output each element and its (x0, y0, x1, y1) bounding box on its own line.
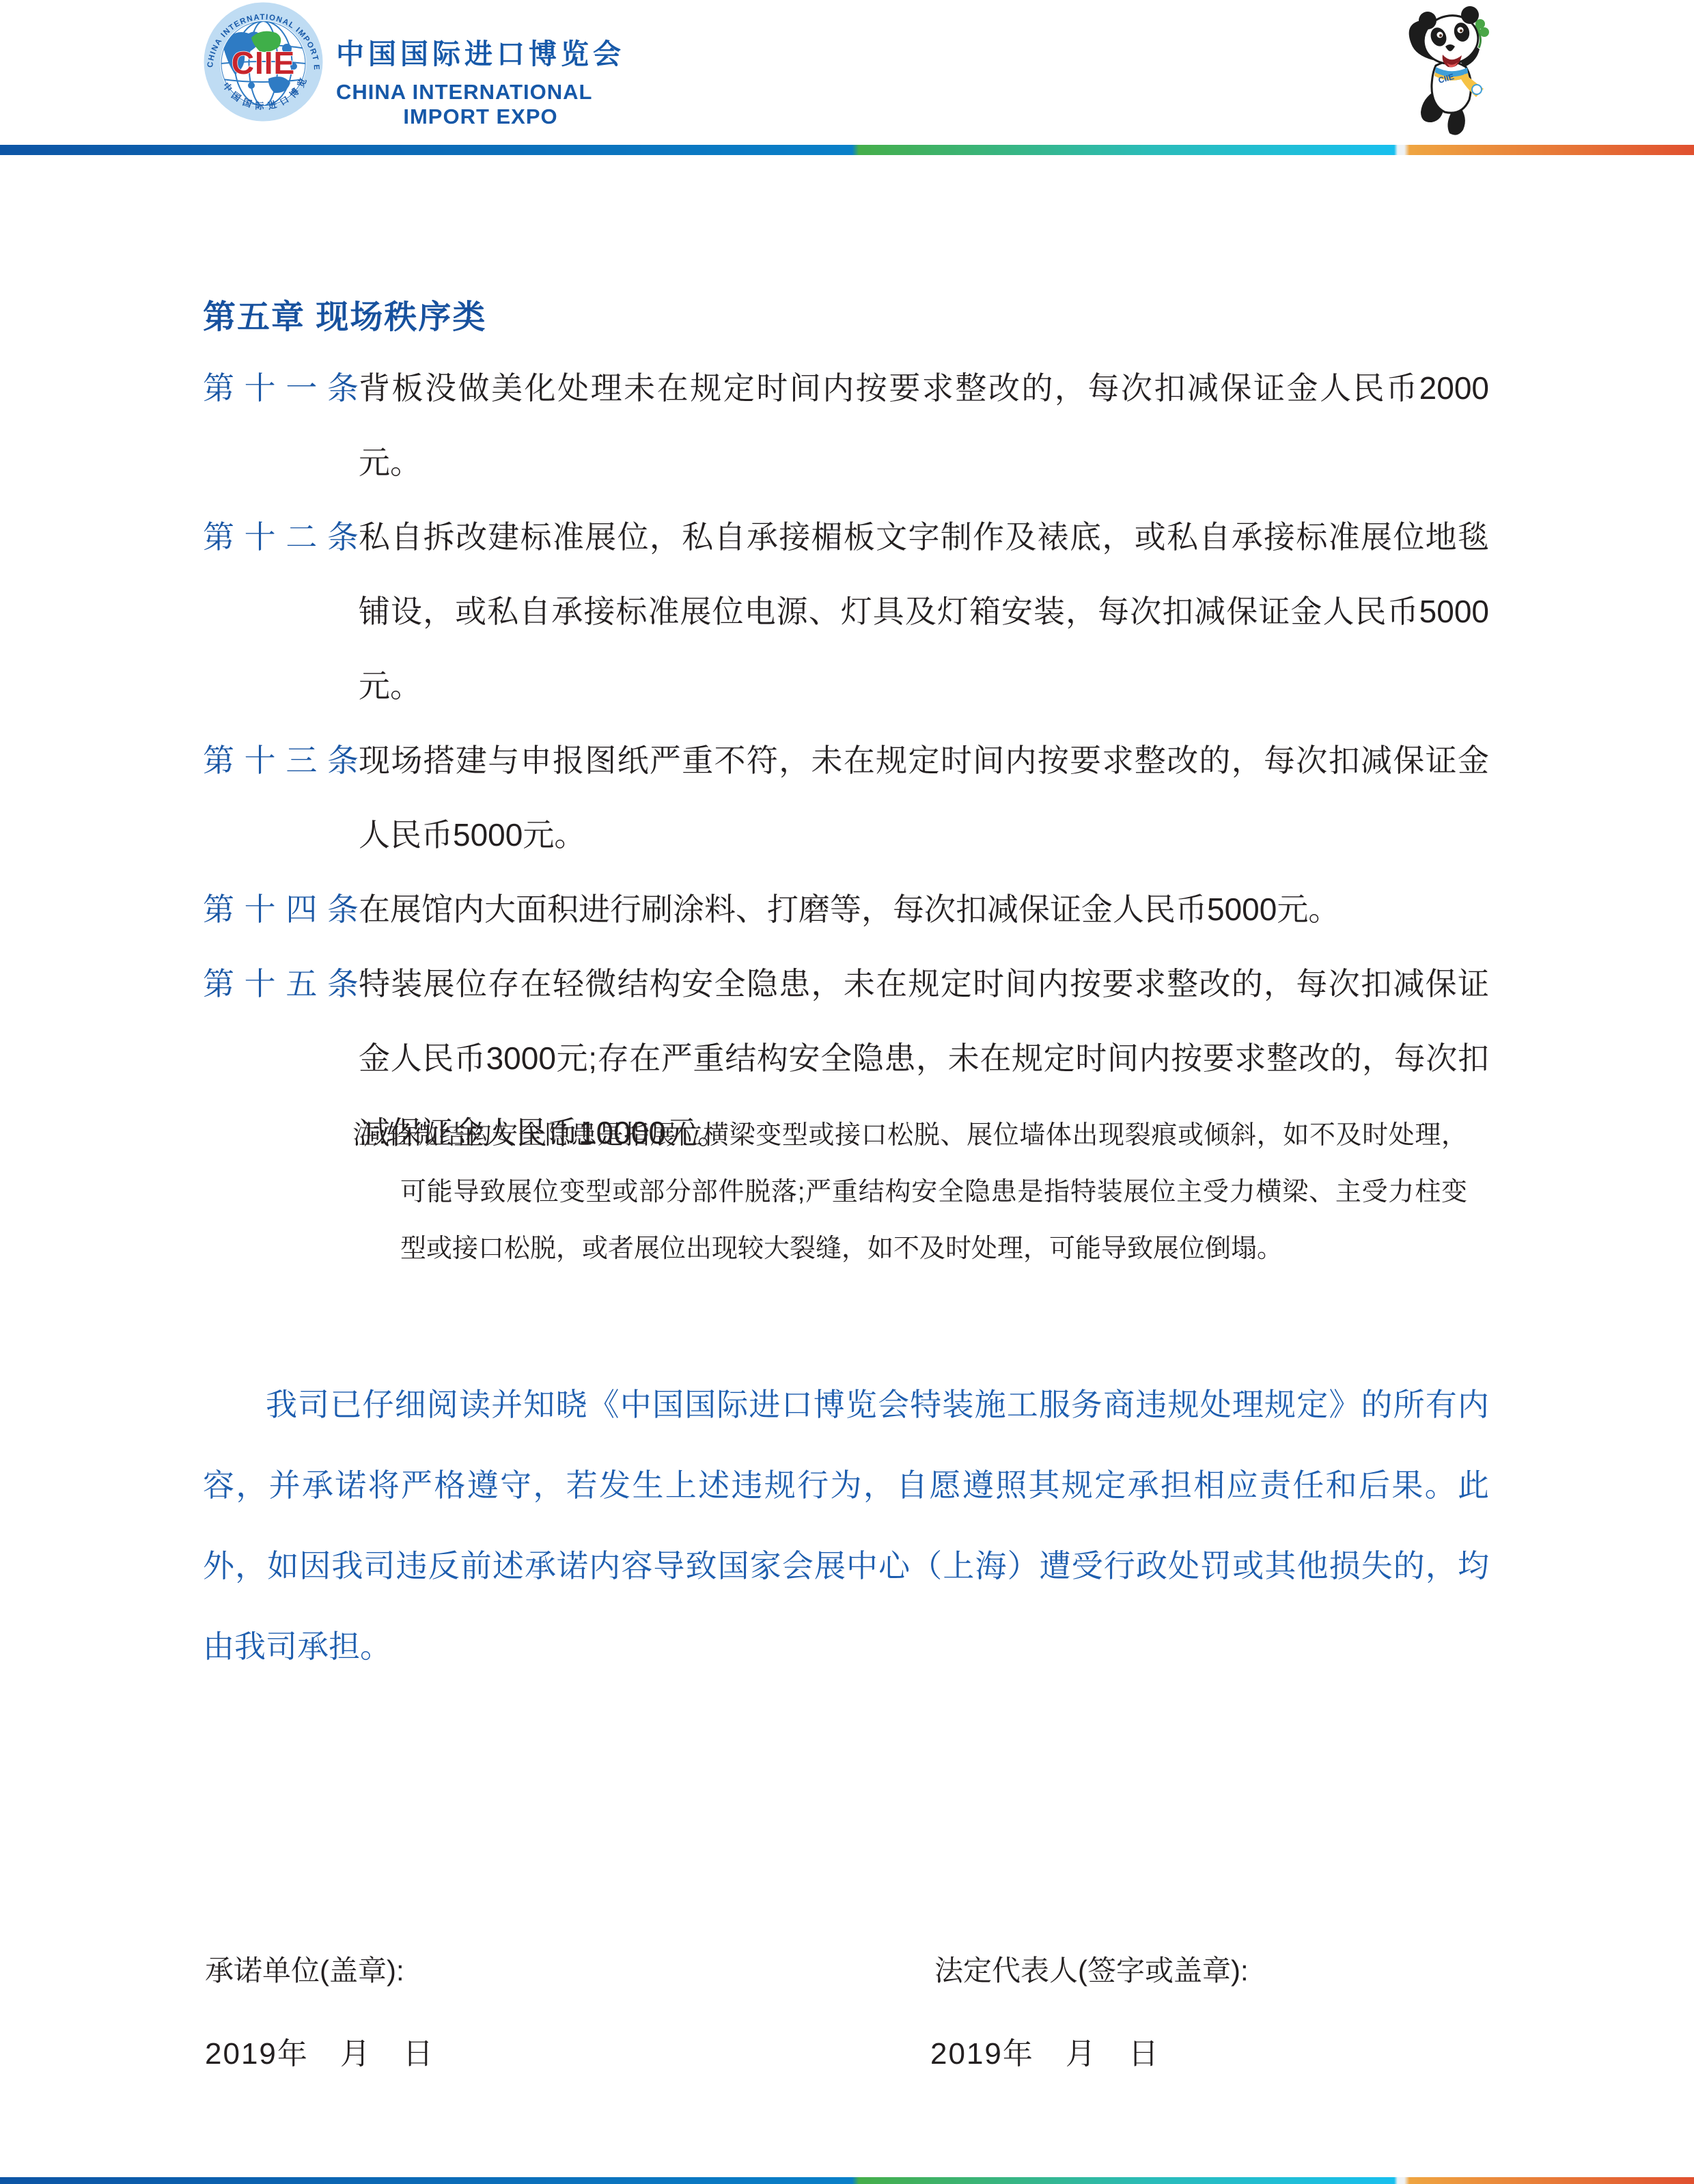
logo-title-en-line2: IMPORT EXPO (336, 105, 625, 129)
article-text: 现场搭建与申报图纸严重不符，未在规定时间内按要求整改的，每次扣减保证金人民币50… (359, 723, 1489, 872)
logo-title-cn: 中国国际进口博览会 (336, 31, 625, 72)
note-block: 注:轻微结构安全隐患是指展位横梁变型或接口松脱、展位墙体出现裂痕或倾斜，如不及时… (352, 1107, 1467, 1277)
document-page: CIIE CHINA INTERNATIONAL IMPORT EXPO 中国国… (0, 0, 1694, 2184)
signature-date-left: 2019年 月 日 (205, 2029, 434, 2073)
article-item: 第十二条 私自拆改建标准展位，私自承接楣板文字制作及裱底，或私自承接标准展位地毯… (203, 500, 1489, 723)
article-item: 第十四条 在展馆内大面积进行刷涂料、打磨等，每次扣减保证金人民币5000元。 (203, 872, 1489, 947)
article-number: 第十四条 (203, 872, 359, 947)
globe-ciie-letters: CIIE (232, 45, 295, 81)
signature-date-right: 2019年 月 日 (930, 2029, 1160, 2073)
note-text: 轻微结构安全隐患是指展位横梁变型或接口松脱、展位墙体出现裂痕或倾斜，如不及时处理… (386, 1121, 1467, 1263)
article-number: 第十五条 (203, 947, 359, 1021)
commitment-paragraph: 我司已仔细阅读并知晓《中国国际进口博览会特装施工服务商违规处理规定》的所有内容，… (203, 1364, 1489, 1687)
articles-list: 第十一条 背板没做美化处理未在规定时间内按要求整改的，每次扣减保证金人民币200… (203, 351, 1489, 1170)
article-number: 第十二条 (203, 500, 359, 575)
article-text: 在展馆内大面积进行刷涂料、打磨等，每次扣减保证金人民币5000元。 (359, 872, 1489, 947)
article-text: 私自拆改建标准展位，私自承接楣板文字制作及裱底，或私自承接标准展位地毯铺设，或私… (359, 500, 1489, 723)
note-label: 注: (352, 1121, 386, 1150)
panda-mascot-icon: CIIE (1402, 4, 1504, 144)
article-item: 第十一条 背板没做美化处理未在规定时间内按要求整改的，每次扣减保证金人民币200… (203, 351, 1489, 500)
article-text: 背板没做美化处理未在规定时间内按要求整改的，每次扣减保证金人民币2000元。 (359, 351, 1489, 500)
article-number: 第十一条 (203, 351, 359, 426)
ciie-globe-logo-icon: CIIE CHINA INTERNATIONAL IMPORT EXPO 中国国… (204, 2, 323, 125)
article-item: 第十三条 现场搭建与申报图纸严重不符，未在规定时间内按要求整改的，每次扣减保证金… (203, 723, 1489, 872)
article-number: 第十三条 (203, 723, 359, 798)
footer-divider-bar (0, 2177, 1694, 2184)
logo-title-en-line1: CHINA INTERNATIONAL (336, 80, 625, 105)
signature-representative-label: 法定代表人(签字或盖章): (934, 1948, 1249, 1989)
signature-unit-label: 承诺单位(盖章): (205, 1948, 404, 1989)
chapter-heading: 第五章 现场秩序类 (203, 290, 486, 337)
header-divider-bar (0, 145, 1694, 155)
logo-wordmark: 中国国际进口博览会 CHINA INTERNATIONAL IMPORT EXP… (336, 31, 625, 129)
